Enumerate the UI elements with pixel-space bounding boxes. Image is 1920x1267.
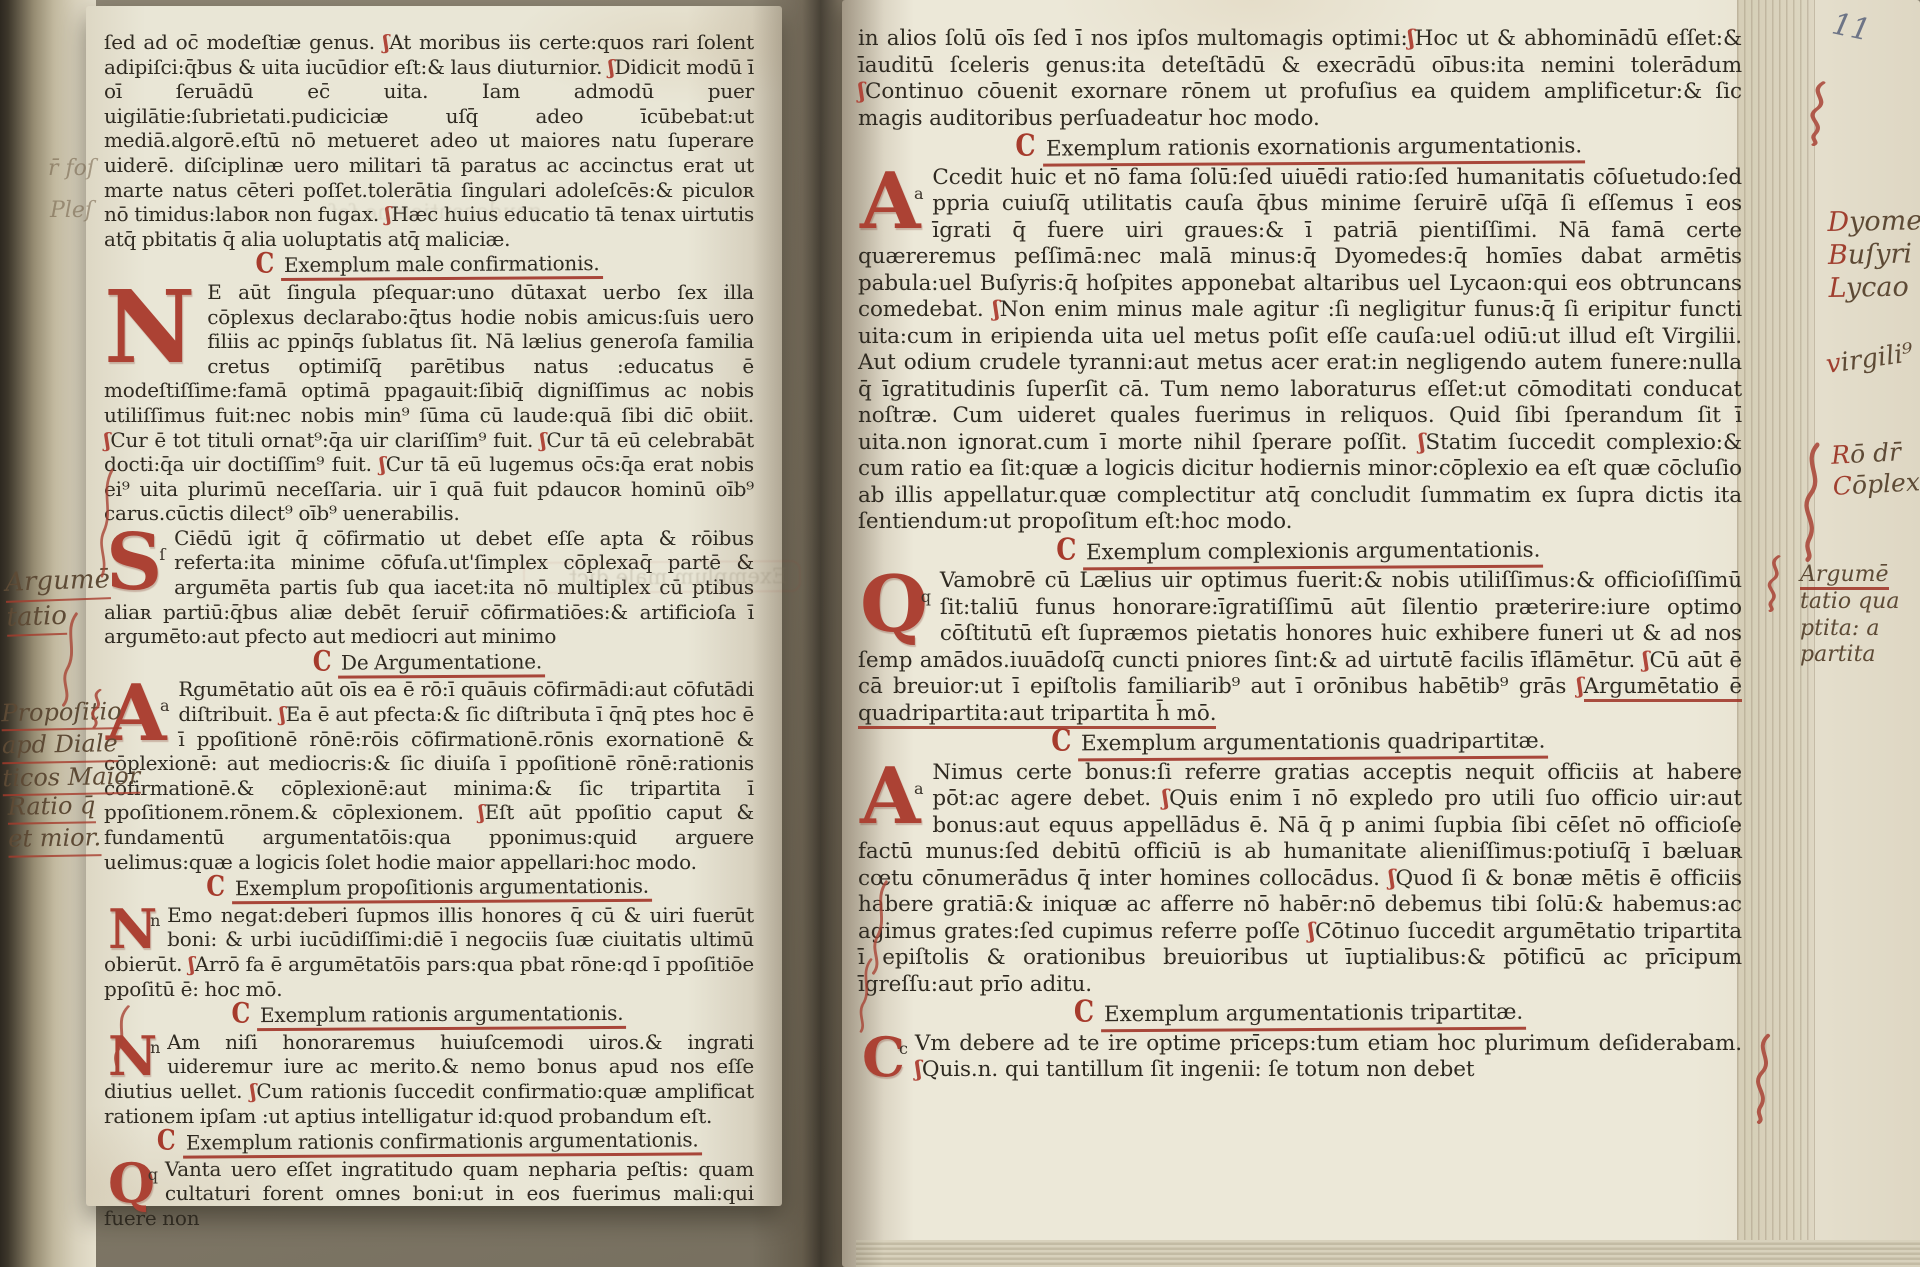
margin-annotation-line: ptita: a (1800, 616, 1879, 643)
paragraph-text: Ccedit huic et nō fama ſolū:ſed uiuēdi r… (858, 165, 1742, 535)
red-stroke-mark: ʃ (540, 428, 546, 452)
heading-text: Exemplum propoſitionis argumentationis. (232, 874, 652, 904)
margin-annotation-line: Buſyri (1828, 238, 1913, 272)
margin-annotation: Propoſitioapd Dialeticos Maior (1, 697, 140, 796)
red-stroke-mark: ʃ (104, 428, 110, 452)
red-touched-letter: C (1832, 470, 1853, 500)
margin-annotation-line: Argumē (5, 564, 111, 602)
margin-annotation: Argumētatio quaptita: apartita (1800, 562, 1899, 669)
rubric-squiggle-icon (1752, 1032, 1776, 1124)
rubricated-heading: CExemplum male confirmationis. (104, 251, 754, 280)
rubricated-heading: CExemplum rationis exornationis argument… (858, 132, 1742, 165)
rubricated-initial: Aa (860, 169, 920, 235)
red-underlined-text: Argumē (1800, 562, 1889, 590)
paragraph-text: in alios ſolū oīs ſed ī nos ipſos multom… (858, 26, 1742, 131)
rubricated-initial: Nn (108, 906, 157, 952)
initial-tail-flourish-icon (97, 468, 117, 578)
rubricated-heading: CExemplum complexionis argumentationis. (858, 536, 1742, 569)
body-paragraph: QqVamobrē cū Lælius uir optimus fuerit:&… (858, 568, 1742, 727)
body-paragraph: QqVanta uero eſſet ingratitudo quam neph… (104, 1157, 754, 1231)
red-stroke-mark: ʃ (478, 800, 484, 824)
photo-backdrop: ſed ad oc̄ modeſtiæ genus. ʃAt moribus i… (0, 0, 1920, 1267)
guide-letter: n (150, 898, 160, 944)
margin-annotation-line: Cōplexio (1832, 466, 1920, 502)
heading-text: Exemplum rationis confirmationis argumen… (182, 1128, 701, 1159)
margin-annotation-line: Argumē (1800, 562, 1889, 589)
capitulum-mark-icon: C (157, 1126, 176, 1155)
rubric-squiggle-icon (1764, 554, 1786, 612)
edge-annotation-fragment: r̄ foſ (48, 156, 95, 181)
margin-annotation-line: Lycao (1828, 271, 1909, 305)
rubricated-initial: Aa (860, 764, 920, 830)
rubricated-initial: Cc (862, 1034, 905, 1080)
red-touched-letter: R (1830, 440, 1850, 470)
red-stroke-mark: ʃ (915, 1057, 922, 1082)
right-text-column: in alios ſolū oīs ſed ī nos ipſos multom… (858, 26, 1742, 1084)
paragraph-text: Rgumētatio aūt oīs ea ē rō:ī quāuis cōfi… (104, 677, 754, 873)
guide-letter: n (150, 1025, 160, 1071)
guide-letter: q (921, 564, 931, 630)
red-stroke-mark: ʃ (279, 702, 285, 726)
folio-number: 11 (1829, 6, 1874, 48)
capitulum-mark-icon: C (232, 999, 251, 1028)
rubricated-heading: CExemplum propoſitionis argumentationis. (104, 874, 754, 903)
rubricated-initial: N (104, 284, 195, 370)
guide-letter: a (160, 673, 169, 739)
heading-text: Exemplum argumentationis quadripartitæ. (1078, 729, 1548, 761)
capitulum-mark-icon: C (1074, 996, 1094, 1027)
red-touched-letter: B (1828, 240, 1848, 271)
paragraph-text: Am niſi honoraremus huiuſcemodi uiros.& … (104, 1030, 754, 1128)
margin-annotation-line: partita (1800, 642, 1876, 669)
red-stroke-mark: ʃ (1642, 648, 1649, 673)
red-touched-letter: D (1827, 207, 1849, 238)
capitulum-mark-icon: C (1051, 725, 1071, 756)
margin-annotation-line: Dyomed (1827, 205, 1920, 240)
red-stroke-mark: ʃ (1308, 919, 1315, 944)
initial-tail-flourish-icon (58, 612, 80, 707)
guide-letter: a (914, 756, 923, 822)
body-paragraph: AaRgumētatio aūt oīs ea ē rō:ī quāuis cō… (104, 677, 754, 874)
rubric-squiggle-icon (88, 688, 106, 736)
rubricated-initial: Qq (108, 1160, 155, 1206)
edge-annotation-fragment: Pleſ (50, 198, 93, 223)
heading-text: Exemplum rationis exornationis argumenta… (1042, 133, 1584, 166)
margin-annotation-line: tatio qua (1800, 589, 1899, 616)
heading-text: Exemplum complexionis argumentationis. (1083, 537, 1543, 569)
capitulum-mark-icon: C (206, 872, 225, 901)
guide-letter: a (914, 161, 923, 227)
capitulum-mark-icon: C (313, 647, 332, 676)
guide-letter: c (899, 1026, 908, 1072)
rubricated-initial: Qq (860, 572, 928, 638)
red-touched-letter: L (1828, 273, 1846, 304)
heading-text: Exemplum rationis argumentationis. (257, 1001, 626, 1031)
body-paragraph: CcVm debere ad te ire optime prīceps:tum… (858, 1031, 1742, 1084)
body-paragraph: AaNimus certe bonus:ſi referre gratias a… (858, 760, 1742, 999)
red-stroke-mark: ʃ (1388, 866, 1395, 891)
red-stroke-mark: ʃ (1162, 786, 1169, 811)
body-paragraph: in alios ſolū oīs ſed ī nos ipſos multom… (858, 26, 1742, 132)
red-stroke-mark: ʃ (250, 1079, 256, 1103)
body-paragraph: AaCcedit huic et nō fama ſolū:ſed uiuēdi… (858, 165, 1742, 536)
red-stroke-mark: ʃ (993, 297, 1000, 322)
heading-text: Exemplum male confirmationis. (281, 251, 603, 281)
heading-text: De Argumentatione. (338, 649, 545, 678)
margin-annotation-line: Ratio q̄ (7, 791, 95, 825)
capitulum-mark-icon: C (255, 249, 274, 278)
red-stroke-mark: ʃ (608, 55, 614, 79)
red-stroke-mark: ʃ (1418, 430, 1425, 455)
margin-annotation: Ratio q̄et mior. (7, 791, 101, 857)
rubricated-heading: CExemplum rationis argumentationis. (104, 1001, 754, 1030)
body-paragraph: NnAm niſi honoraremus huiuſcemodi uiros.… (104, 1030, 754, 1128)
body-paragraph: NnEmo negat:deberi ſupmos illis honores … (104, 903, 754, 1001)
red-stroke-mark: ʃ (379, 452, 385, 476)
red-stroke-mark: ʃ (188, 952, 194, 976)
red-stroke-mark: ʃ (858, 79, 865, 104)
red-stroke-mark: ʃ (1577, 674, 1584, 699)
paragraph-text: Vm debere ad te ire optime prīceps:tum e… (915, 1031, 1742, 1083)
paragraph-text: Vanta uero eſſet ingratitudo quam nephar… (104, 1157, 754, 1230)
red-touched-letter: v (1824, 348, 1843, 380)
paragraph-text: Emo negat:deberi ſupmos illis honores q̄… (104, 903, 754, 1001)
paragraph-text: Vamobrē cū Lælius uir optimus fuerit:& n… (858, 568, 1742, 729)
margin-annotation-line: et mior. (8, 823, 101, 857)
margin-annotation-line: Rō dr̄ (1830, 437, 1901, 471)
red-stroke-mark: ʃ (383, 30, 389, 54)
bleed-through-ghost-text: gaudocentiomne ſeſ (330, 199, 542, 224)
capitulum-mark-icon: C (1015, 130, 1035, 161)
body-paragraph: NE aūt ſingula pſequar:uno dūtaxat uerbo… (104, 280, 754, 526)
right-page-bottom-edge (856, 1240, 1920, 1267)
initial-tail-flourish-icon (856, 958, 876, 1033)
red-stroke-mark: ʃ (1408, 26, 1415, 51)
rubric-squiggle-icon (1800, 440, 1826, 562)
guide-letter: q (148, 1152, 158, 1198)
margin-annotation: DyomedBuſyriLycao (1827, 205, 1920, 306)
rubric-squiggle-icon (1806, 80, 1832, 146)
initial-tail-flourish-icon (110, 1005, 132, 1075)
rubricated-heading: CExemplum rationis confirmationis argume… (104, 1128, 754, 1157)
rubricated-heading: CExemplum argumentationis quadripartitæ. (858, 727, 1742, 760)
paragraph-text: E aūt ſingula pſequar:uno dūtaxat uerbo … (104, 280, 754, 525)
heading-text: Exemplum argumentationis tripartitæ. (1101, 1000, 1526, 1032)
guide-letter: ſ (159, 522, 165, 588)
paragraph-text: Nimus certe bonus:ſi referre gratias acc… (858, 760, 1742, 997)
rubricated-heading: CExemplum argumentationis tripartitæ. (858, 998, 1742, 1031)
rubricated-heading: CDe Argumentatione. (104, 649, 754, 678)
margin-annotation: Rō dr̄Cōplexio (1830, 435, 1920, 502)
bleed-through-ghost-text: Exemplum male dict (523, 560, 801, 594)
red-underlined-text: Argumētatio ē quadripartita:aut triparti… (858, 674, 1742, 729)
capitulum-mark-icon: C (1056, 533, 1076, 564)
